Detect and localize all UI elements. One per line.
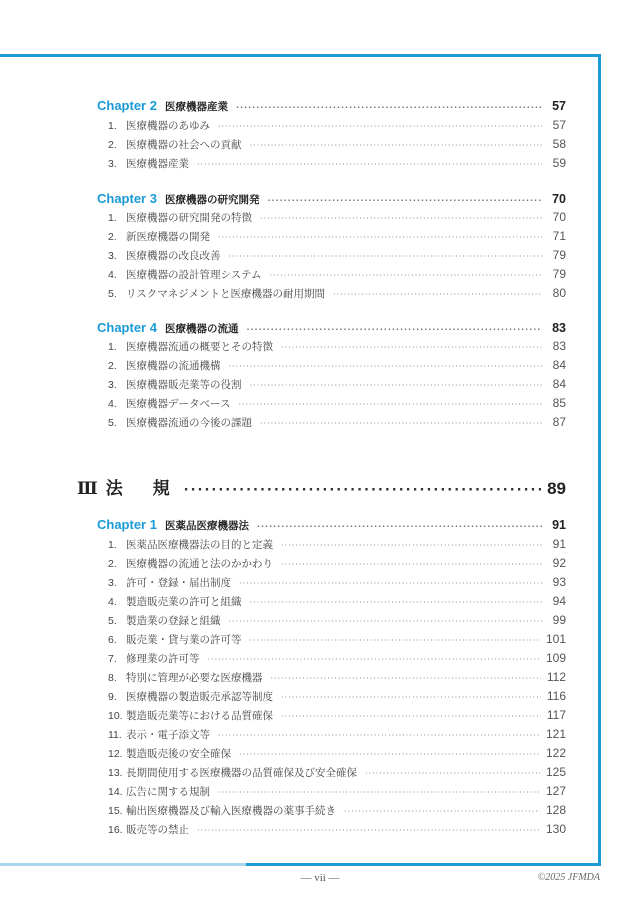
item-number: 11. xyxy=(108,729,126,741)
toc-item[interactable]: 5. 医療機器流通の今後の課題 87 xyxy=(108,415,566,430)
leader-dots xyxy=(197,826,540,835)
toc-item[interactable]: 3. 医療機器産業 59 xyxy=(108,156,566,171)
page-number: 89 xyxy=(547,479,566,499)
page-number: 93 xyxy=(548,575,566,589)
leader-dots xyxy=(218,233,542,242)
leader-dots xyxy=(208,655,540,664)
item-number: 1. xyxy=(108,341,126,353)
toc-item[interactable]: 1. 医療機器のあゆみ 57 xyxy=(108,118,566,133)
item-title: 医療機器の改良改善 xyxy=(126,248,221,263)
page-number: 127 xyxy=(546,784,566,798)
page-number: 130 xyxy=(546,822,566,836)
page-number: 84 xyxy=(548,358,566,372)
toc-part-3[interactable]: Ⅲ 法 規 89 xyxy=(77,474,566,499)
toc-chapter-4[interactable]: Chapter 4 医療機器の流通 83 xyxy=(97,320,566,336)
item-title: 許可・登録・届出制度 xyxy=(126,575,231,590)
page-number: 83 xyxy=(548,339,566,353)
page-number: 59 xyxy=(548,156,566,170)
page-number: 79 xyxy=(548,267,566,281)
item-number: 3. xyxy=(108,250,126,262)
leader-dots xyxy=(229,617,543,626)
page-number: 58 xyxy=(548,137,566,151)
chapter-label: Chapter 4 xyxy=(97,320,157,335)
toc-item[interactable]: 4. 製造販売業の許可と組織 94 xyxy=(108,594,566,609)
page-number: 79 xyxy=(548,248,566,262)
item-number: 9. xyxy=(108,691,126,703)
item-number: 1. xyxy=(108,120,126,132)
page-number: 125 xyxy=(546,765,566,779)
item-title: 医療機器流通の今後の課題 xyxy=(126,415,252,430)
chapter-label: Chapter 2 xyxy=(97,98,157,113)
item-number: 3. xyxy=(108,379,126,391)
leader-dots xyxy=(239,579,542,588)
item-number: 2. xyxy=(108,558,126,570)
page-number: 71 xyxy=(548,229,566,243)
page-number: 80 xyxy=(548,286,566,300)
item-number: 7. xyxy=(108,653,126,665)
item-number: 10. xyxy=(108,710,126,722)
item-title: 医療機器産業 xyxy=(126,156,189,171)
leader-dots xyxy=(260,419,542,428)
item-title: 医療機器データベース xyxy=(126,396,230,411)
toc-item[interactable]: 4. 医療機器データベース 85 xyxy=(108,396,566,411)
item-number: 13. xyxy=(108,767,126,779)
leader-dots xyxy=(281,541,542,550)
item-title: 医療機器のあゆみ xyxy=(126,118,210,133)
leader-dots xyxy=(281,343,542,352)
frame-bottom-border-light xyxy=(0,863,246,866)
leader-dots xyxy=(229,362,543,371)
item-title: 特別に管理が必要な医療機器 xyxy=(126,670,263,685)
item-title: 新医療機器の開発 xyxy=(126,229,210,244)
item-title: 販売業・貸与業の許可等 xyxy=(126,632,242,647)
toc-chapter-1[interactable]: Chapter 1 医薬品医療機器法 91 xyxy=(97,517,566,533)
item-title: リスクマネジメントと医療機器の耐用期間 xyxy=(126,286,325,301)
chapter-label: Chapter 1 xyxy=(97,517,157,532)
toc-item[interactable]: 14. 広告に関する規制 127 xyxy=(108,784,566,799)
toc-item[interactable]: 4. 医療機器の設計管理システム 79 xyxy=(108,267,566,282)
frame-right-border xyxy=(598,54,601,866)
page-number: 94 xyxy=(548,594,566,608)
leader-dots xyxy=(250,636,540,645)
item-title: 製造販売業の許可と組織 xyxy=(126,594,242,609)
toc-item[interactable]: 2. 医療機器の流通機構 84 xyxy=(108,358,566,373)
page-number: 109 xyxy=(546,651,566,665)
toc-item[interactable]: 9. 医療機器の製造販売承認等制度 116 xyxy=(108,689,566,704)
item-title: 表示・電子添文等 xyxy=(126,727,210,742)
item-title: 医療機器の製造販売承認等制度 xyxy=(126,689,273,704)
leader-dots xyxy=(218,731,540,740)
leader-dots xyxy=(281,712,541,721)
item-number: 16. xyxy=(108,824,126,836)
leader-dots xyxy=(365,769,540,778)
leader-dots xyxy=(269,271,542,280)
leader-dots xyxy=(333,290,542,299)
toc-item[interactable]: 2. 医療機器の社会への貢献 58 xyxy=(108,137,566,152)
item-title: 医療機器販売業等の役割 xyxy=(126,377,242,392)
page-number: 83 xyxy=(548,321,566,335)
toc-chapter-2[interactable]: Chapter 2 医療機器産業 57 xyxy=(97,98,566,114)
toc-item[interactable]: 1. 医薬品医療機器法の目的と定義 91 xyxy=(108,537,566,552)
chapter-title: 医療機器産業 xyxy=(165,99,228,114)
page-number: 85 xyxy=(548,396,566,410)
leader-dots xyxy=(246,325,542,334)
leader-dots xyxy=(250,598,543,607)
item-title: 輸出医療機器及び輸入医療機器の薬事手続き xyxy=(126,803,336,818)
page-number: 57 xyxy=(548,118,566,132)
toc-item[interactable]: 6. 販売業・貸与業の許可等 101 xyxy=(108,632,566,647)
toc-item[interactable]: 16. 販売等の禁止 130 xyxy=(108,822,566,837)
item-title: 医薬品医療機器法の目的と定義 xyxy=(126,537,273,552)
toc-item[interactable]: 3. 許可・登録・届出制度 93 xyxy=(108,575,566,590)
item-title: 製造販売後の安全確保 xyxy=(126,746,231,761)
item-title: 製造業の登録と組織 xyxy=(126,613,221,628)
toc-item[interactable]: 15. 輸出医療機器及び輸入医療機器の薬事手続き 128 xyxy=(108,803,566,818)
leader-dots xyxy=(239,750,540,759)
item-number: 8. xyxy=(108,672,126,684)
item-title: 製造販売業等における品質確保 xyxy=(126,708,273,723)
toc-item[interactable]: 12. 製造販売後の安全確保 122 xyxy=(108,746,566,761)
item-number: 5. xyxy=(108,417,126,429)
item-title: 医療機器の社会への貢献 xyxy=(126,137,242,152)
toc-item[interactable]: 1. 医療機器流通の概要とその特徴 83 xyxy=(108,339,566,354)
toc-item[interactable]: 11. 表示・電子添文等 121 xyxy=(108,727,566,742)
item-title: 医療機器の流通機構 xyxy=(126,358,221,373)
toc-item[interactable]: 7. 修理業の許可等 109 xyxy=(108,651,566,666)
page-number: 122 xyxy=(546,746,566,760)
toc-item[interactable]: 1. 医療機器の研究開発の特徴 70 xyxy=(108,210,566,225)
item-title: 広告に関する規制 xyxy=(126,784,210,799)
item-title: 長期間使用する医療機器の品質確保及び安全確保 xyxy=(126,765,357,780)
part-number: Ⅲ xyxy=(77,479,98,499)
toc-item[interactable]: 2. 新医療機器の開発 71 xyxy=(108,229,566,244)
item-number: 5. xyxy=(108,288,126,300)
leader-dots xyxy=(260,214,542,223)
item-number: 1. xyxy=(108,212,126,224)
item-title: 医療機器流通の概要とその特徴 xyxy=(126,339,273,354)
toc-item[interactable]: 13. 長期間使用する医療機器の品質確保及び安全確保 125 xyxy=(108,765,566,780)
item-title: 医療機器の研究開発の特徴 xyxy=(126,210,252,225)
toc-chapter-3[interactable]: Chapter 3 医療機器の研究開発 70 xyxy=(97,191,566,207)
leader-dots xyxy=(229,252,543,261)
item-title: 販売等の禁止 xyxy=(126,822,189,837)
page-number: 91 xyxy=(548,518,566,532)
chapter-title: 医療機器の研究開発 xyxy=(165,192,260,207)
leader-dots xyxy=(218,788,540,797)
leader-dots xyxy=(250,141,543,150)
page-number: 121 xyxy=(546,727,566,741)
item-number: 6. xyxy=(108,634,126,646)
item-title: 医療機器の流通と法のかかわり xyxy=(126,556,273,571)
page-number: 57 xyxy=(548,99,566,113)
leader-dots xyxy=(250,381,543,390)
page-number: 112 xyxy=(547,670,566,684)
leader-dots xyxy=(281,560,542,569)
leader-dots xyxy=(344,807,540,816)
item-number: 1. xyxy=(108,539,126,551)
page-number: 70 xyxy=(548,210,566,224)
item-number: 3. xyxy=(108,158,126,170)
item-number: 4. xyxy=(108,398,126,410)
page-number: 91 xyxy=(548,537,566,551)
toc-item[interactable]: 2. 医療機器の流通と法のかかわり 92 xyxy=(108,556,566,571)
leader-dots xyxy=(257,522,542,531)
footer-copyright: ©2025 JFMDA xyxy=(520,872,600,883)
leader-dots xyxy=(236,103,542,112)
item-number: 12. xyxy=(108,748,126,760)
toc-item[interactable]: 5. リスクマネジメントと医療機器の耐用期間 80 xyxy=(108,286,566,301)
toc-item[interactable]: 10. 製造販売業等における品質確保 117 xyxy=(108,708,566,723)
item-number: 4. xyxy=(108,596,126,608)
leader-dots xyxy=(271,674,541,683)
page-number: 117 xyxy=(547,708,566,722)
chapter-label: Chapter 3 xyxy=(97,191,157,206)
toc-item[interactable]: 3. 医療機器販売業等の役割 84 xyxy=(108,377,566,392)
chapter-title: 医薬品医療機器法 xyxy=(165,518,249,533)
page-number: 92 xyxy=(548,556,566,570)
leader-dots xyxy=(238,400,542,409)
page-number: 84 xyxy=(548,377,566,391)
item-number: 2. xyxy=(108,360,126,372)
page-number: 128 xyxy=(546,803,566,817)
item-number: 3. xyxy=(108,577,126,589)
toc-item[interactable]: 3. 医療機器の改良改善 79 xyxy=(108,248,566,263)
page-number: 99 xyxy=(548,613,566,627)
item-number: 2. xyxy=(108,231,126,243)
leader-dots xyxy=(281,693,541,702)
item-title: 医療機器の設計管理システム xyxy=(126,267,261,282)
item-number: 14. xyxy=(108,786,126,798)
item-number: 2. xyxy=(108,139,126,151)
item-number: 4. xyxy=(108,269,126,281)
page-number: 101 xyxy=(546,632,566,646)
frame-bottom-border-dark xyxy=(246,863,601,866)
chapter-title: 医療機器の流通 xyxy=(165,321,239,336)
page-number: 70 xyxy=(548,192,566,206)
leader-dots xyxy=(184,483,541,498)
leader-dots xyxy=(218,122,542,131)
page-number: 116 xyxy=(547,689,566,703)
frame-top-border xyxy=(0,54,601,57)
item-title: 修理業の許可等 xyxy=(126,651,200,666)
leader-dots xyxy=(267,196,542,205)
toc-item[interactable]: 5. 製造業の登録と組織 99 xyxy=(108,613,566,628)
leader-dots xyxy=(197,160,542,169)
page-number: 87 xyxy=(548,415,566,429)
item-number: 5. xyxy=(108,615,126,627)
item-number: 15. xyxy=(108,805,126,817)
toc-item[interactable]: 8. 特別に管理が必要な医療機器 112 xyxy=(108,670,566,685)
part-title: 法 規 xyxy=(106,474,182,499)
